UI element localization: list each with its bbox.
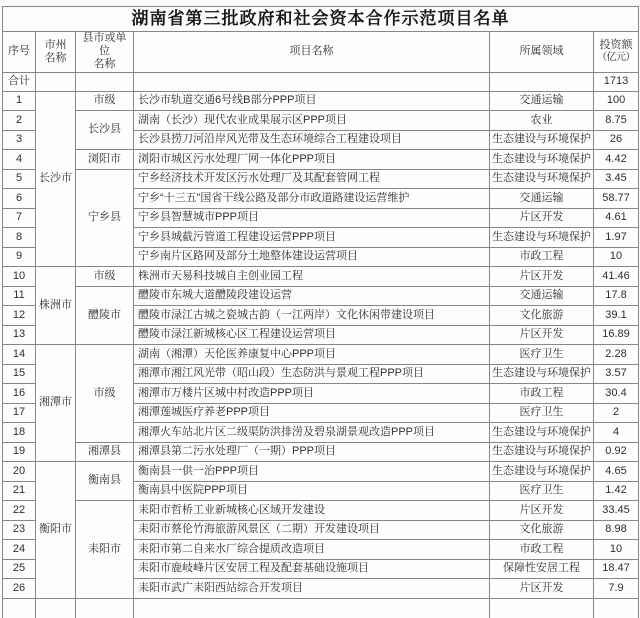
total-label: 合计	[3, 72, 36, 91]
project-name-cell: 宁乡“十三五”国省干线公路及部分市政道路建设运营维护	[134, 189, 490, 209]
project-name-cell: 宁乡经济技术开发区污水处理厂及其配套管网工程	[134, 169, 490, 189]
project-name-cell: 衡南县一供一治PPP项目	[134, 462, 490, 482]
header-city-line2: 名称	[38, 52, 73, 65]
field-cell: 片区开发	[490, 267, 594, 287]
row-number-cell: 19	[3, 442, 36, 462]
project-name-cell: 宁乡南片区路网及部分土地整体建设运营项目	[134, 247, 490, 267]
field-cell: 生态建设与环境保护	[490, 364, 594, 384]
amount-cell: 3.45	[594, 169, 639, 189]
row-number-cell: 23	[3, 520, 36, 540]
field-cell: 市政工程	[490, 384, 594, 404]
county-name-cell: 衡南县	[76, 462, 134, 501]
row-number-cell: 8	[3, 228, 36, 248]
row-number-cell: 10	[3, 267, 36, 287]
county-name-cell: 醴陵市	[76, 286, 134, 345]
total-project-empty	[134, 72, 490, 91]
table-row: 22耒阳市耒阳市哲桥工业新城核心区域开发建设片区开发33.45	[3, 501, 639, 521]
row-number-cell: 22	[3, 501, 36, 521]
field-cell: 文化旅游	[490, 306, 594, 326]
amount-cell: 30.4	[594, 384, 639, 404]
field-cell: 市政工程	[490, 540, 594, 560]
row-number-cell: 11	[3, 286, 36, 306]
header-city-line1: 市州	[38, 39, 73, 52]
table-row: 11醴陵市醴陵市东城大道醴陵段建设运营交通运输17.8	[3, 286, 639, 306]
field-cell: 医疗卫生	[490, 481, 594, 501]
row-number-cell: 24	[3, 540, 36, 560]
row-number-cell: 7	[3, 208, 36, 228]
row-number-cell: 4	[3, 150, 36, 170]
amount-cell: 33.45	[594, 501, 639, 521]
county-name-cell: 市级	[76, 91, 134, 111]
column-header-amount: 投资额 （亿元）	[594, 32, 639, 73]
project-name-cell: 长沙市轨道交通6号线B部分PPP项目	[134, 91, 490, 111]
column-header-county: 县市或单位 名称	[76, 32, 134, 73]
amount-cell: 1.97	[594, 228, 639, 248]
project-name-cell: 长沙县捞刀河沿岸风光带及生态环境综合工程建设项目	[134, 130, 490, 150]
project-name-cell: 湖南（湘潭）天伦医养康复中心PPP项目	[134, 345, 490, 365]
project-name-cell: 湘潭市万楼片区城中村改造PPP项目	[134, 384, 490, 404]
amount-cell: 41.46	[594, 267, 639, 287]
field-cell: 生态建设与环境保护	[490, 169, 594, 189]
county-name-cell: 浏阳市	[76, 150, 134, 170]
amount-cell: 1.42	[594, 481, 639, 501]
column-header-field: 所属领域	[490, 32, 594, 73]
amount-cell: 8.75	[594, 111, 639, 131]
row-number-cell: 17	[3, 403, 36, 423]
header-county-line2: 名称	[78, 58, 131, 71]
field-cell: 医疗卫生	[490, 345, 594, 365]
row-number-cell: 18	[3, 423, 36, 443]
total-county-empty	[76, 72, 134, 91]
table-row: 5宁乡县宁乡经济技术开发区污水处理厂及其配套管网工程生态建设与环境保护3.45	[3, 169, 639, 189]
amount-cell: 26	[594, 130, 639, 150]
row-number-cell: 9	[3, 247, 36, 267]
field-cell: 文化旅游	[490, 520, 594, 540]
row-number-cell: 20	[3, 462, 36, 482]
project-name-cell: 耒阳市蔡伦竹海旅游风景区（二期）开发建设项目	[134, 520, 490, 540]
amount-cell: 18.47	[594, 559, 639, 579]
total-city-empty	[36, 72, 76, 91]
row-number-cell: 15	[3, 364, 36, 384]
county-name-cell: 市级	[76, 345, 134, 443]
row-number-cell: 16	[3, 384, 36, 404]
field-cell: 生态建设与环境保护	[490, 423, 594, 443]
amount-cell: 10	[594, 247, 639, 267]
header-field-label: 所属领域	[492, 45, 591, 58]
row-number-cell: 5	[3, 169, 36, 189]
field-cell: 片区开发	[490, 208, 594, 228]
row-number-cell: 14	[3, 345, 36, 365]
column-header-num: 序号	[3, 32, 36, 73]
total-amount: 1713	[594, 72, 639, 91]
project-name-cell: 株洲市天易科技城自主创业园工程	[134, 267, 490, 287]
county-name-cell: 宁乡县	[76, 169, 134, 267]
amount-cell: 100	[594, 91, 639, 111]
row-number-cell: 26	[3, 579, 36, 595]
project-name-cell: 耒阳市武广耒阳西站综合开发项目	[134, 579, 490, 595]
page-title: 湖南省第三批政府和社会资本合作示范项目名单	[3, 7, 639, 32]
project-name-cell: 醴陵市渌江新城核心区工程建设运营项目	[134, 325, 490, 345]
column-header-city: 市州 名称	[36, 32, 76, 73]
field-cell: 保障性安居工程	[490, 559, 594, 579]
table-row: 14湘潭市市级湖南（湘潭）天伦医养康复中心PPP项目医疗卫生2.28	[3, 345, 639, 365]
field-cell: 市政工程	[490, 247, 594, 267]
amount-cell: 4.61	[594, 208, 639, 228]
field-cell: 片区开发	[490, 325, 594, 345]
row-number-cell: 21	[3, 481, 36, 501]
amount-cell: 8.98	[594, 520, 639, 540]
field-cell: 生态建设与环境保护	[490, 228, 594, 248]
project-name-cell: 衡南县中医院PPP项目	[134, 481, 490, 501]
table-row: 4浏阳市浏阳市城区污水处理厂网一体化PPP项目生态建设与环境保护4.42	[3, 150, 639, 170]
column-header-project: 项目名称	[134, 32, 490, 73]
county-name-cell: 湘潭县	[76, 442, 134, 462]
county-name-cell: 长沙县	[76, 111, 134, 150]
row-number-cell: 25	[3, 559, 36, 579]
project-name-cell: 湖南（长沙）现代农业成果展示区PPP项目	[134, 111, 490, 131]
field-cell: 交通运输	[490, 91, 594, 111]
field-cell: 生态建设与环境保护	[490, 442, 594, 462]
table-row: 2长沙县湖南（长沙）现代农业成果展示区PPP项目农业8.75	[3, 111, 639, 131]
header-amount-line2: （亿元）	[596, 52, 636, 64]
total-row: 合计 1713	[3, 72, 639, 91]
amount-cell: 4.65	[594, 462, 639, 482]
total-field-empty	[490, 72, 594, 91]
table-row: 19湘潭县湘潭县第二污水处理厂（一期）PPP项目生态建设与环境保护0.92	[3, 442, 639, 462]
project-table-body: 1长沙市市级长沙市轨道交通6号线B部分PPP项目交通运输1002长沙县湖南（长沙…	[3, 91, 639, 595]
table-row: 20衡阳市衡南县衡南县一供一治PPP项目生态建设与环境保护4.65	[3, 462, 639, 482]
project-name-cell: 浏阳市城区污水处理厂网一体化PPP项目	[134, 150, 490, 170]
county-name-cell: 市级	[76, 267, 134, 287]
amount-cell: 2	[594, 403, 639, 423]
project-name-cell: 耒阳市鹿岐峰片区安居工程及配套基础设施项目	[134, 559, 490, 579]
field-cell: 生态建设与环境保护	[490, 150, 594, 170]
city-name-cell: 湘潭市	[36, 345, 76, 462]
field-cell: 交通运输	[490, 286, 594, 306]
title-row: 湖南省第三批政府和社会资本合作示范项目名单	[3, 7, 639, 32]
row-number-cell: 12	[3, 306, 36, 326]
row-number-cell: 13	[3, 325, 36, 345]
table-head: 湖南省第三批政府和社会资本合作示范项目名单 序号 市州 名称 县市或单位 名称 …	[3, 7, 639, 92]
field-cell: 医疗卫生	[490, 403, 594, 423]
county-name-cell: 耒阳市	[76, 501, 134, 595]
amount-cell: 7.9	[594, 579, 639, 595]
field-cell: 生态建设与环境保护	[490, 130, 594, 150]
header-row: 序号 市州 名称 县市或单位 名称 项目名称 所属领域 投资额	[3, 32, 639, 73]
amount-cell: 4.42	[594, 150, 639, 170]
project-name-cell: 湘潭市湘江风光带（昭山段）生态防洪与景观工程PPP项目	[134, 364, 490, 384]
project-name-cell: 醴陵市东城大道醴陵段建设运营	[134, 286, 490, 306]
project-name-cell: 宁乡县城截污管道工程建设运营PPP项目	[134, 228, 490, 248]
amount-cell: 58.77	[594, 189, 639, 209]
field-cell: 片区开发	[490, 501, 594, 521]
city-name-cell: 衡阳市	[36, 462, 76, 595]
row-number-cell: 2	[3, 111, 36, 131]
header-project-label: 项目名称	[136, 45, 487, 58]
field-cell: 生态建设与环境保护	[490, 462, 594, 482]
city-name-cell: 长沙市	[36, 91, 76, 267]
amount-cell: 17.8	[594, 286, 639, 306]
amount-cell: 2.28	[594, 345, 639, 365]
project-name-cell: 宁乡县智慧城市PPP项目	[134, 208, 490, 228]
city-name-cell: 株洲市	[36, 267, 76, 345]
amount-cell: 39.1	[594, 306, 639, 326]
amount-cell: 16.89	[594, 325, 639, 345]
header-amount-line1: 投资额	[596, 39, 636, 52]
row-number-cell: 1	[3, 91, 36, 111]
row-number-cell: 3	[3, 130, 36, 150]
project-name-cell: 耒阳市第二自来水厂综合提质改造项目	[134, 540, 490, 560]
amount-cell: 3.57	[594, 364, 639, 384]
table-row: 10株洲市市级株洲市天易科技城自主创业园工程片区开发41.46	[3, 267, 639, 287]
ppp-project-table: 湖南省第三批政府和社会资本合作示范项目名单 序号 市州 名称 县市或单位 名称 …	[2, 6, 639, 595]
header-county-line1: 县市或单位	[78, 32, 131, 58]
field-cell: 交通运输	[490, 189, 594, 209]
project-name-cell: 湘潭火车站北片区二级渠防洪排涝及碧泉湖景观改造PPP项目	[134, 423, 490, 443]
field-cell: 片区开发	[490, 579, 594, 595]
row-number-cell: 6	[3, 189, 36, 209]
project-name-cell: 耒阳市哲桥工业新城核心区域开发建设	[134, 501, 490, 521]
amount-cell: 10	[594, 540, 639, 560]
document-sheet: 湖南省第三批政府和社会资本合作示范项目名单 序号 市州 名称 县市或单位 名称 …	[2, 6, 638, 595]
table-row: 1长沙市市级长沙市轨道交通6号线B部分PPP项目交通运输100	[3, 91, 639, 111]
field-cell: 农业	[490, 111, 594, 131]
project-name-cell: 湘潭县第二污水处理厂（一期）PPP项目	[134, 442, 490, 462]
amount-cell: 0.92	[594, 442, 639, 462]
header-num-label: 序号	[5, 45, 33, 58]
project-name-cell: 湘潭莲城医疗养老PPP项目	[134, 403, 490, 423]
project-name-cell: 醴陵市渌江古城之瓷城古韵（一江两岸）文化休闲带建设项目	[134, 306, 490, 326]
amount-cell: 4	[594, 423, 639, 443]
